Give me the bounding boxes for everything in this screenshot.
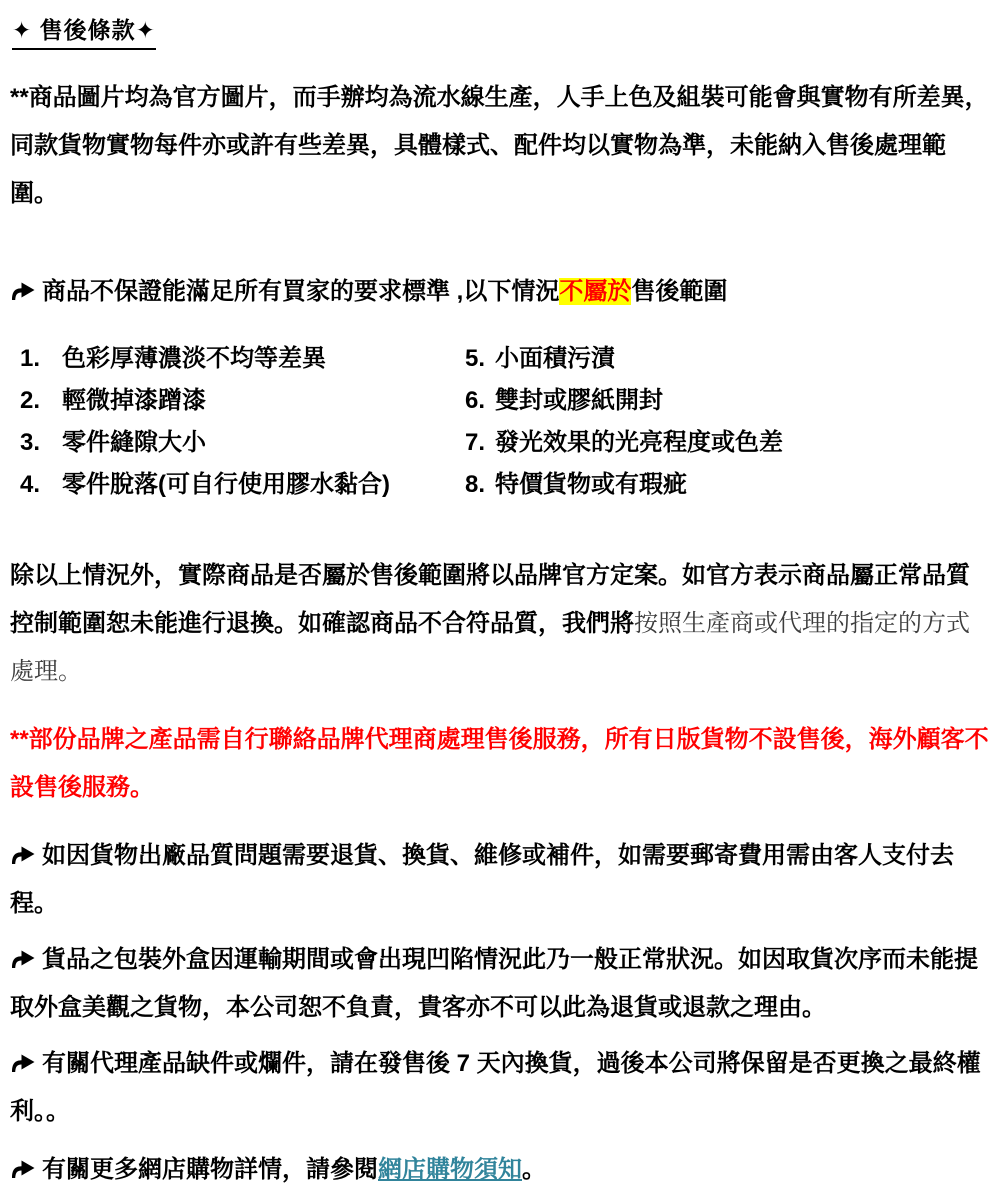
defect-list: 1. 色彩厚薄濃淡不均等差異 2. 輕微掉漆蹭漆 3. 零件縫隙大小 4. 零件… <box>10 338 990 506</box>
curved-right-arrow-icon <box>10 1157 36 1179</box>
curved-right-arrow-icon <box>10 1051 36 1073</box>
list-item: 3. 零件縫隙大小 <box>10 422 465 464</box>
list-item-text: 輕微掉漆蹭漆 <box>62 380 206 422</box>
list-item-text: 色彩厚薄濃淡不均等差異 <box>62 338 326 380</box>
list-item: 6. 雙封或膠紙開封 <box>465 380 990 422</box>
curved-right-arrow-icon <box>10 843 36 865</box>
list-item-text: 發光效果的光亮程度或色差 <box>495 422 783 464</box>
not-covered-text-before: 商品不保證能滿足所有買家的要求標準 ,以下情況 <box>42 278 559 305</box>
curved-right-arrow-icon <box>10 279 36 301</box>
list-item-text: 小面積污漬 <box>495 338 615 380</box>
not-covered-highlight: 不屬於 <box>559 278 631 305</box>
packaging-paragraph: 貨品之包裝外盒因運輸期間或會出現凹陷情況此乃一般正常狀況。如因取貨次序而未能提取… <box>10 936 990 1032</box>
more-info-text-before: 有關更多網店購物詳情，請參閱 <box>42 1156 378 1183</box>
more-info-paragraph: 有關更多網店購物詳情，請參閱網店購物須知。 <box>10 1146 990 1194</box>
page-title: ✦ 售後條款✦ <box>12 12 156 50</box>
red-notice-paragraph: **部份品牌之產品需自行聯絡品牌代理商處理售後服務，所有日版貨物不設售後，海外顧… <box>10 716 990 812</box>
list-item-number: 4. <box>10 464 40 506</box>
replacement-text: 有關代理產品缺件或爛件，請在發售後 7 天內換貨，過後本公司將保留是否更換之最終… <box>10 1050 981 1125</box>
curved-right-arrow-icon <box>10 947 36 969</box>
list-item-number: 6. <box>465 380 483 422</box>
list-item: 4. 零件脫落(可自行使用膠水黏合) <box>10 464 465 506</box>
list-item: 5. 小面積污漬 <box>465 338 990 380</box>
shipping-text: 如因貨物出廠品質問題需要退貨、換貨、維修或補件，如需要郵寄費用需由客人支付去程。 <box>10 842 954 917</box>
more-info-text-after: 。 <box>522 1156 546 1183</box>
list-item-number: 8. <box>465 464 483 506</box>
shipping-paragraph: 如因貨物出廠品質問題需要退貨、換貨、維修或補件，如需要郵寄費用需由客人支付去程。 <box>10 832 990 928</box>
store-shopping-guide-link[interactable]: 網店購物須知 <box>378 1156 522 1183</box>
list-item-number: 5. <box>465 338 483 380</box>
list-item: 2. 輕微掉漆蹭漆 <box>10 380 465 422</box>
replacement-paragraph: 有關代理產品缺件或爛件，請在發售後 7 天內換貨，過後本公司將保留是否更換之最終… <box>10 1040 990 1136</box>
list-item-text: 特價貨物或有瑕疵 <box>495 464 687 506</box>
list-item-text: 雙封或膠紙開封 <box>495 380 663 422</box>
list-item-text: 零件縫隙大小 <box>62 422 206 464</box>
list-item-number: 1. <box>10 338 40 380</box>
list-item-number: 3. <box>10 422 40 464</box>
not-covered-paragraph: 商品不保證能滿足所有買家的要求標準 ,以下情況不屬於售後範圍 <box>10 268 990 316</box>
packaging-text: 貨品之包裝外盒因運輸期間或會出現凹陷情況此乃一般正常狀況。如因取貨次序而未能提取… <box>10 946 978 1021</box>
list-item: 8. 特價貨物或有瑕疵 <box>465 464 990 506</box>
list-item-text: 零件脫落(可自行使用膠水黏合) <box>62 464 390 506</box>
judgement-paragraph: 除以上情況外，實際商品是否屬於售後範圍將以品牌官方定案。如官方表示商品屬正常品質… <box>10 552 990 696</box>
after-sales-terms-document: ✦ 售後條款✦ **商品圖片均為官方圖片，而手辦均為流水線生產，人手上色及組裝可… <box>0 0 1002 1204</box>
intro-paragraph: **商品圖片均為官方圖片，而手辦均為流水線生產，人手上色及組裝可能會與實物有所差… <box>10 74 990 218</box>
not-covered-text-after: 售後範圍 <box>631 278 727 305</box>
list-item-number: 2. <box>10 380 40 422</box>
defect-list-right-column: 5. 小面積污漬 6. 雙封或膠紙開封 7. 發光效果的光亮程度或色差 8. 特… <box>465 338 990 506</box>
defect-list-left-column: 1. 色彩厚薄濃淡不均等差異 2. 輕微掉漆蹭漆 3. 零件縫隙大小 4. 零件… <box>10 338 465 506</box>
list-item: 1. 色彩厚薄濃淡不均等差異 <box>10 338 465 380</box>
list-item-number: 7. <box>465 422 483 464</box>
list-item: 7. 發光效果的光亮程度或色差 <box>465 422 990 464</box>
